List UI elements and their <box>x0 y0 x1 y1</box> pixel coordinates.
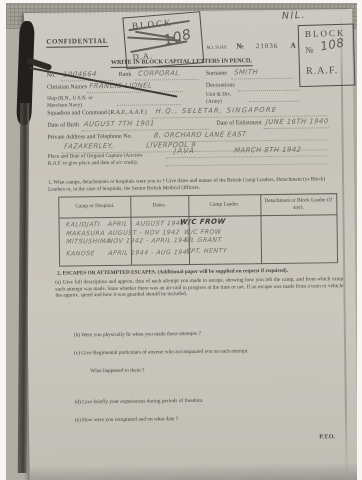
bottom-shadow <box>30 462 357 480</box>
dates-cell: APRIL 1944 - AUG 1945 <box>108 249 192 257</box>
serial-line: M.I. 9/JAP. № 21036 A <box>206 35 296 54</box>
squadron-value: H.Q., SELETAR, SINGAPORE <box>155 106 277 115</box>
pencil-instruction: WRITE IN BLOCK CAPITAL LETTERS IN PENCIL <box>77 58 287 68</box>
scanned-document: CONFIDENTIAL BLOCK 108 D.A. M.I. 9/JAP. … <box>0 0 362 480</box>
dates-cell: NOV 1942 - APRIL 1944 <box>108 237 192 245</box>
dotted-rule <box>117 103 181 106</box>
dotted-rule <box>231 77 293 80</box>
leader-cell: W/C FROW <box>184 229 222 236</box>
classification-label: CONFIDENTIAL <box>46 37 108 48</box>
dotted-rule <box>263 126 329 129</box>
stamp-right-org: R.A.F. <box>306 65 338 77</box>
enlistment-value: JUNE 16TH 1940 <box>265 117 329 126</box>
camp-cell: MITSUSHIMA <box>66 238 111 246</box>
surname-value: SMITH <box>234 68 259 76</box>
scribble <box>130 40 187 52</box>
no-symbol: № <box>236 41 244 50</box>
dotted-rule <box>87 90 183 93</box>
address-line2: FAZAKERLEY, <box>64 142 115 151</box>
dates-cell: APRIL - AUGUST 1942 <box>108 220 185 228</box>
question1-text: 1. What camps, detachments or hospitals … <box>48 176 334 193</box>
rank-label: Rank <box>119 72 132 79</box>
capture-label: Place and Date of Original Capture (Airc… <box>48 152 158 167</box>
dotted-rule <box>249 100 299 103</box>
ship-label: Ship (R.N., U.S.N. or Merchant Navy) <box>47 95 113 109</box>
leader-cell: CPT. HENTY <box>186 248 227 256</box>
table-header-block-leader: Detachment or Block Leader (if any). <box>262 197 334 211</box>
question2c-text: (c) Give Regimental particulars of anyon… <box>74 348 249 357</box>
leader-cell: S/L GRANT. <box>184 237 224 244</box>
address-label: Private Address and Telephone No. <box>47 134 132 142</box>
question2e-text: (e) How were you recaptured and on what … <box>75 416 178 424</box>
decorations-label: Decorations <box>206 82 235 90</box>
dob-label: Date of Birth <box>47 122 79 130</box>
capture-place-value: JAVA <box>174 147 196 155</box>
stamp-right-no-label: № <box>305 45 313 55</box>
christian-names-label: Christian Names <box>47 84 87 92</box>
pto-label: P.T.O. <box>319 434 335 441</box>
pencil-instruction-text: WRITE IN BLOCK CAPITAL LETTERS IN PENCIL <box>111 58 252 68</box>
camp-cell: KANOSE <box>66 250 95 257</box>
camps-table: Camp or Hospital. Dates. Camp Leader. De… <box>58 193 338 266</box>
question2d-text: (d) Give briefly your experiences during… <box>75 398 204 406</box>
question2b-text: (b) Were you physically fit when you mad… <box>74 331 201 339</box>
dotted-rule <box>166 162 328 166</box>
camp-cell: KALIDJATI. <box>66 221 103 228</box>
nil-annotation: NIL. <box>282 10 307 22</box>
dates-cell: AUGUST - NOV 1942 <box>108 229 181 237</box>
capture-date-value: MARCH 8TH 1942 <box>234 146 302 155</box>
form-ref: M.I. 9/JAP. <box>206 45 227 50</box>
photo-background: CONFIDENTIAL BLOCK 108 D.A. M.I. 9/JAP. … <box>6 3 357 480</box>
unit-label: Unit & Div. (Army) <box>206 91 248 105</box>
serial-suffix: A <box>290 41 296 50</box>
form-page: CONFIDENTIAL BLOCK 108 D.A. M.I. 9/JAP. … <box>24 10 357 480</box>
leader-cell: W/C FROW <box>180 218 226 227</box>
surname-label: Surname <box>206 71 227 78</box>
binding-strip <box>18 103 30 473</box>
camp-cell: MAKASURA <box>66 230 106 237</box>
rank-value: CORPORAL <box>138 69 180 78</box>
dotted-rule <box>135 78 199 81</box>
raf-block-stamp: BLOCK № 108 R.A.F. <box>298 23 356 87</box>
question2a-text: (a) Give full description and approx. da… <box>55 276 343 299</box>
enlistment-label: Date of Enlistment <box>216 120 261 128</box>
serial-number: 21036 <box>256 42 279 50</box>
dob-value: AUGUST 7TH 1901 <box>83 119 155 128</box>
question2c2-text: What happened to them ? <box>90 368 144 375</box>
table-header-camp: Camp or Hospital. <box>59 203 130 210</box>
squadron-label: Squadron and Command (R.A.F., A.A.F.) <box>47 110 147 118</box>
table-header-leader: Camp Leader. <box>188 201 260 208</box>
table-header-dates: Dates. <box>130 202 188 209</box>
address-line1: 8, ORCHARD LANE EAST <box>154 130 247 139</box>
